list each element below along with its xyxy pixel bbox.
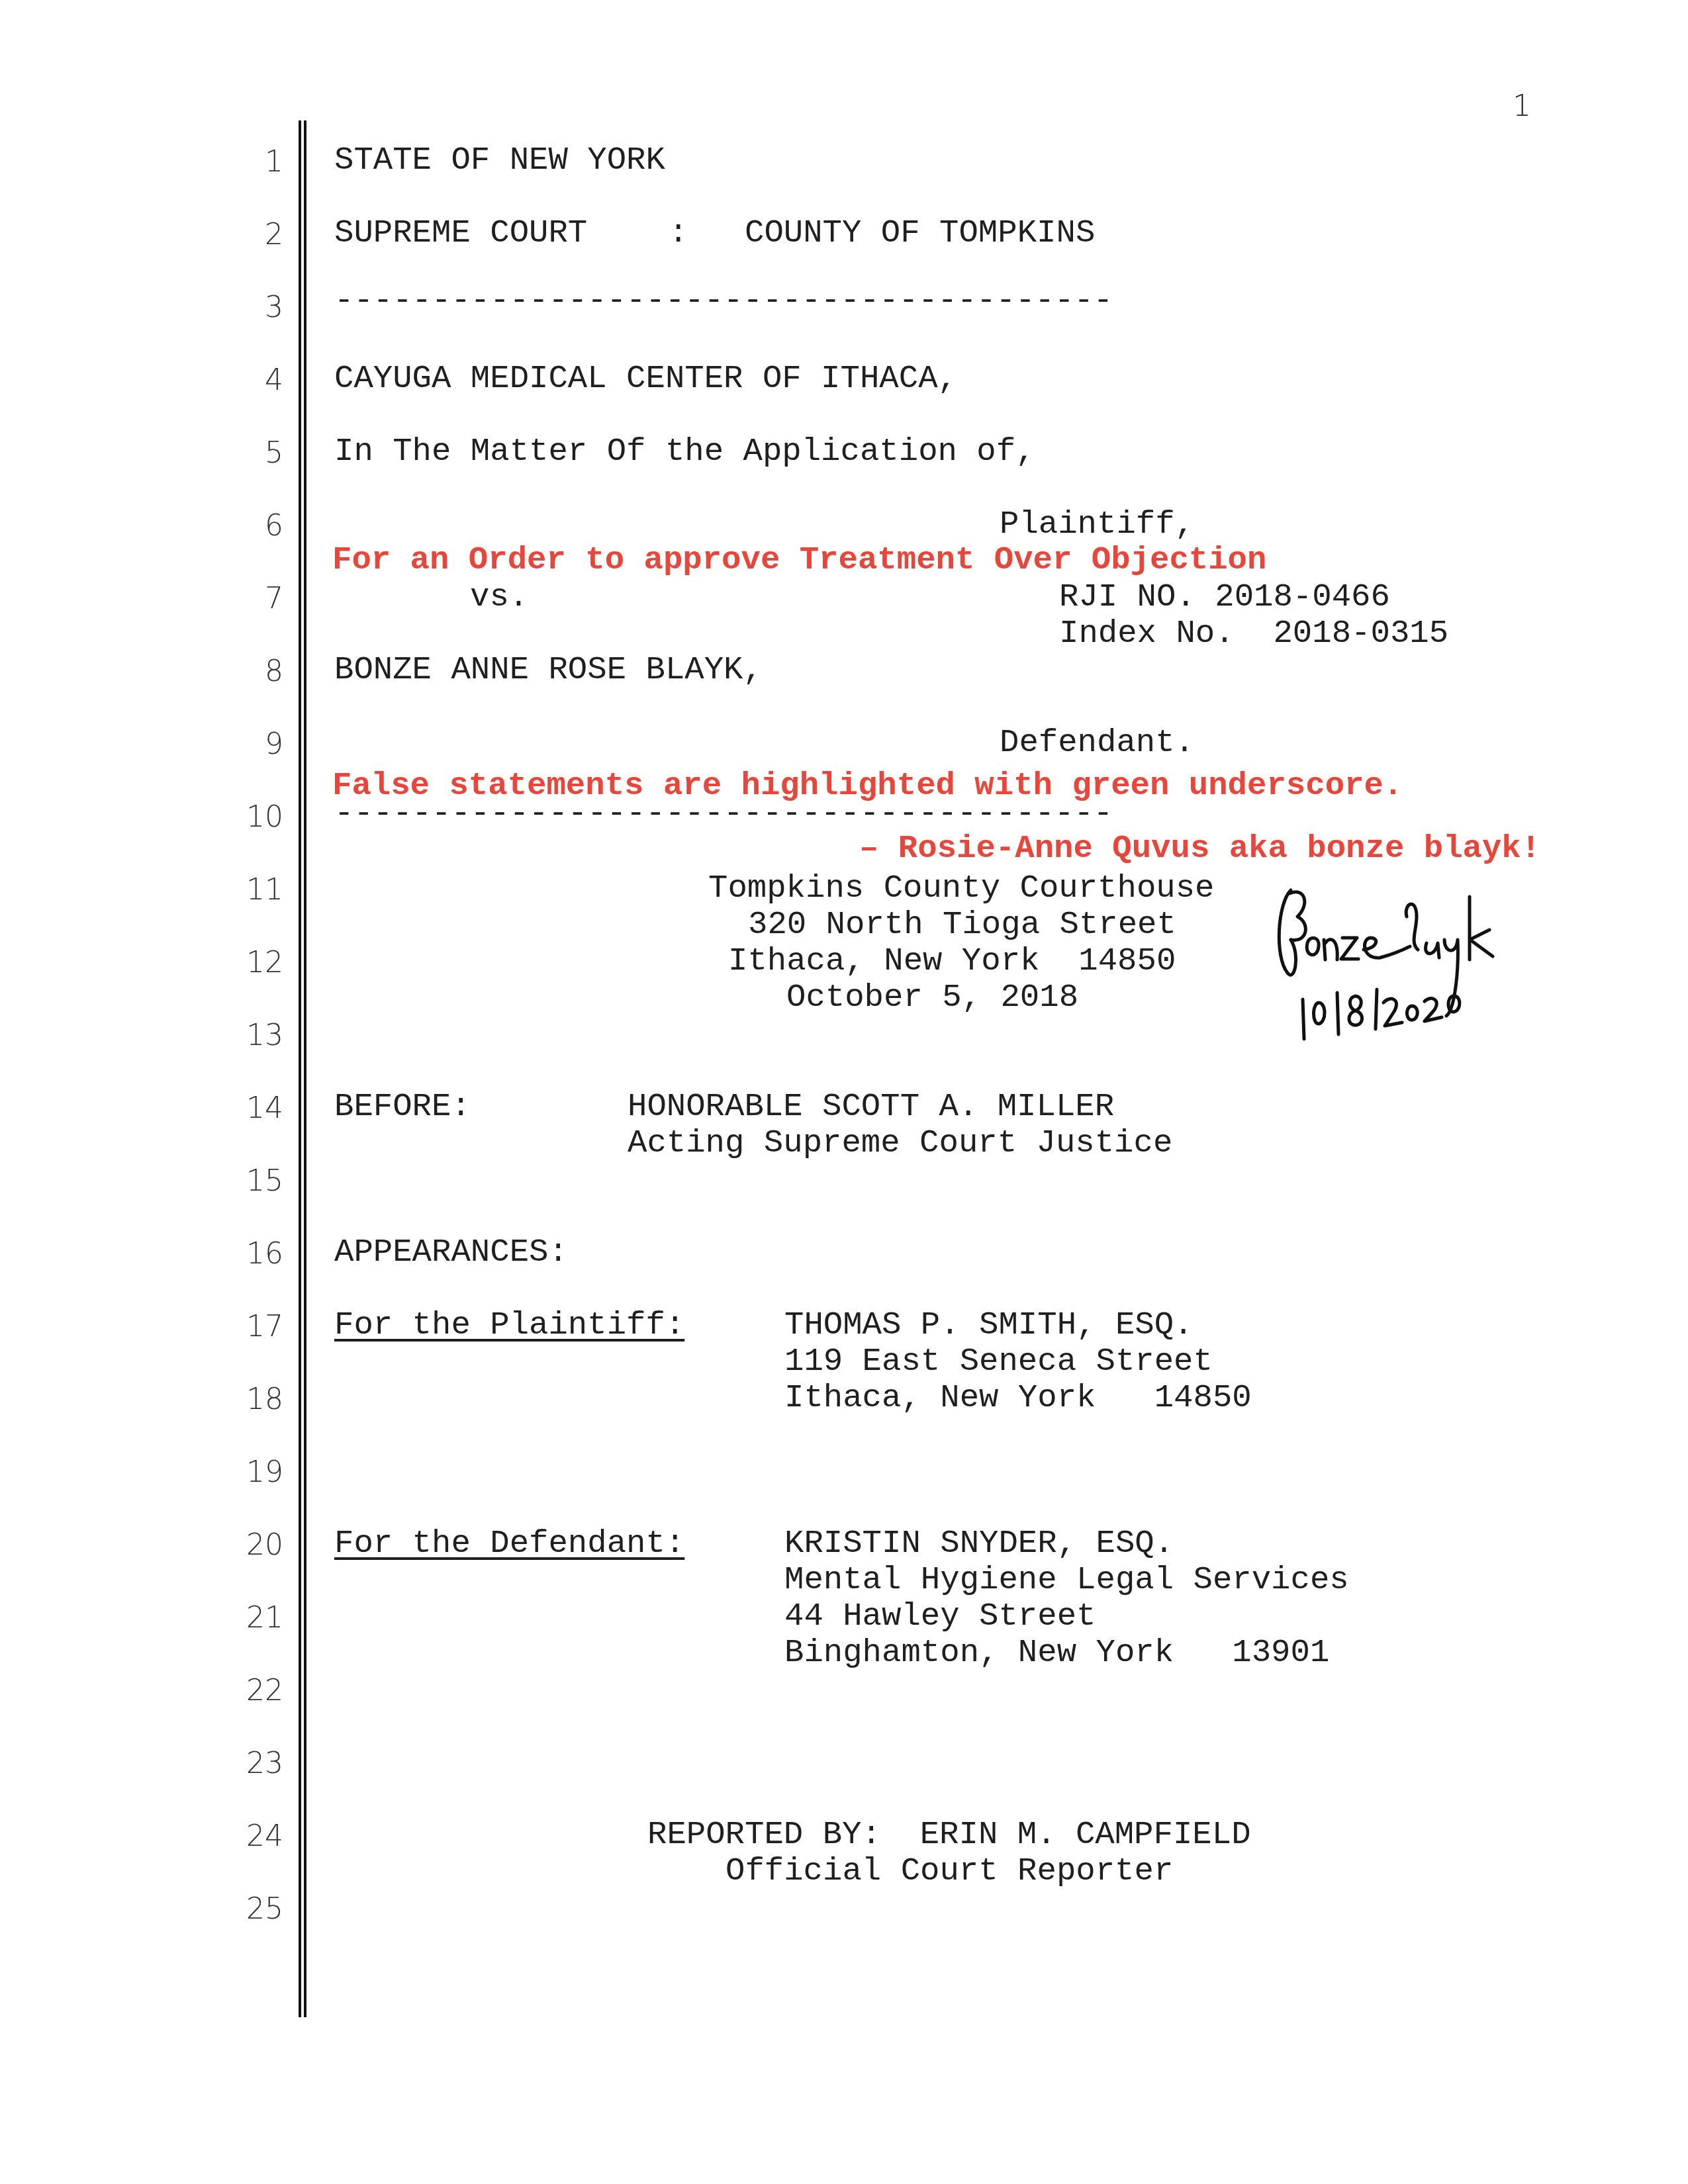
line-number: 17	[230, 1312, 283, 1342]
transcript-page: 1 1 2 3 4 5 6 7 8 9 10 11 12 13 14 15 16…	[0, 0, 1688, 2184]
line-number: 14	[230, 1094, 283, 1123]
author-annotation: – Rosie-Anne Quvus aka bonze blayk!	[859, 833, 1540, 865]
line-number: 16	[230, 1240, 283, 1269]
line-number: 6	[230, 512, 283, 541]
line-number: 1	[230, 148, 283, 177]
line-number: 22	[230, 1676, 283, 1706]
plaintiff-label: Plaintiff,	[1000, 508, 1194, 541]
plaintiff-address-2: Ithaca, New York 14850	[784, 1382, 1252, 1414]
hearing-date: October 5, 2018	[786, 981, 1078, 1014]
line-number: 21	[230, 1604, 283, 1633]
defendant-counsel-label: For the Defendant:	[334, 1527, 684, 1560]
line-number: 3	[230, 293, 283, 322]
caption-separator-2: ----------------------------------------	[334, 797, 1113, 830]
line-number: 10	[230, 803, 283, 832]
margin-rule-right	[304, 120, 306, 2017]
county-heading: COUNTY OF TOMPKINS	[745, 217, 1095, 250]
line-number: 18	[230, 1385, 283, 1414]
line-number: 7	[230, 584, 283, 614]
index-number: Index No. 2018-0315	[1059, 617, 1448, 650]
caption-separator: ----------------------------------------	[334, 285, 1113, 317]
line-number: 15	[230, 1167, 283, 1196]
line-number: 4	[230, 366, 283, 395]
line-number: 12	[230, 948, 283, 978]
line-number: 23	[230, 1749, 283, 1778]
state-heading: STATE OF NEW YORK	[334, 144, 665, 177]
appearances-heading: APPEARANCES:	[334, 1236, 568, 1269]
defendant-organization: Mental Hygiene Legal Services	[784, 1564, 1349, 1596]
order-title-annotation: For an Order to approve Treatment Over O…	[332, 544, 1266, 576]
line-number: 24	[230, 1822, 283, 1851]
line-number: 11	[230, 876, 283, 905]
defendant-address-2: Binghamton, New York 13901	[784, 1637, 1329, 1669]
line-number: 20	[230, 1531, 283, 1560]
before-label: BEFORE:	[334, 1091, 471, 1123]
defendant-label: Defendant.	[1000, 727, 1194, 759]
plaintiff-address-1: 119 East Seneca Street	[784, 1345, 1213, 1378]
plaintiff-name: CAYUGA MEDICAL CENTER OF ITHACA,	[334, 363, 957, 395]
reporter-title: Official Court Reporter	[726, 1855, 1173, 1888]
court-heading: SUPREME COURT	[334, 217, 587, 250]
line-number: 8	[230, 657, 283, 686]
handwritten-signature-icon	[1271, 877, 1549, 1049]
line-number: 25	[230, 1895, 283, 1924]
line-number: 2	[230, 220, 283, 250]
rji-number: RJI NO. 2018-0466	[1059, 581, 1390, 614]
line-number: 19	[230, 1458, 283, 1487]
plaintiff-attorney: THOMAS P. SMITH, ESQ.	[784, 1309, 1194, 1342]
courthouse-city: Ithaca, New York 14850	[728, 945, 1176, 978]
caption-colon: :	[669, 217, 688, 250]
reporter-line: REPORTED BY: ERIN M. CAMPFIELD	[647, 1819, 1251, 1851]
defendant-address-1: 44 Hawley Street	[784, 1600, 1096, 1633]
defendant-attorney: KRISTIN SNYDER, ESQ.	[784, 1527, 1174, 1560]
line-number: 5	[230, 439, 283, 468]
judge-title: Acting Supreme Court Justice	[628, 1127, 1172, 1160]
matter-line: In The Matter Of the Application of,	[334, 435, 1035, 468]
plaintiff-counsel-label: For the Plaintiff:	[334, 1309, 684, 1342]
versus-label: vs.	[470, 581, 528, 614]
judge-name: HONORABLE SCOTT A. MILLER	[628, 1091, 1114, 1123]
courthouse-name: Tompkins County Courthouse	[708, 872, 1215, 905]
defendant-name: BONZE ANNE ROSE BLAYK,	[334, 654, 763, 686]
line-number: 9	[230, 730, 283, 759]
line-number: 13	[230, 1021, 283, 1050]
courthouse-street: 320 North Tioga Street	[748, 909, 1176, 941]
page-number: 1	[1513, 89, 1531, 123]
margin-rule-left	[299, 120, 301, 2017]
